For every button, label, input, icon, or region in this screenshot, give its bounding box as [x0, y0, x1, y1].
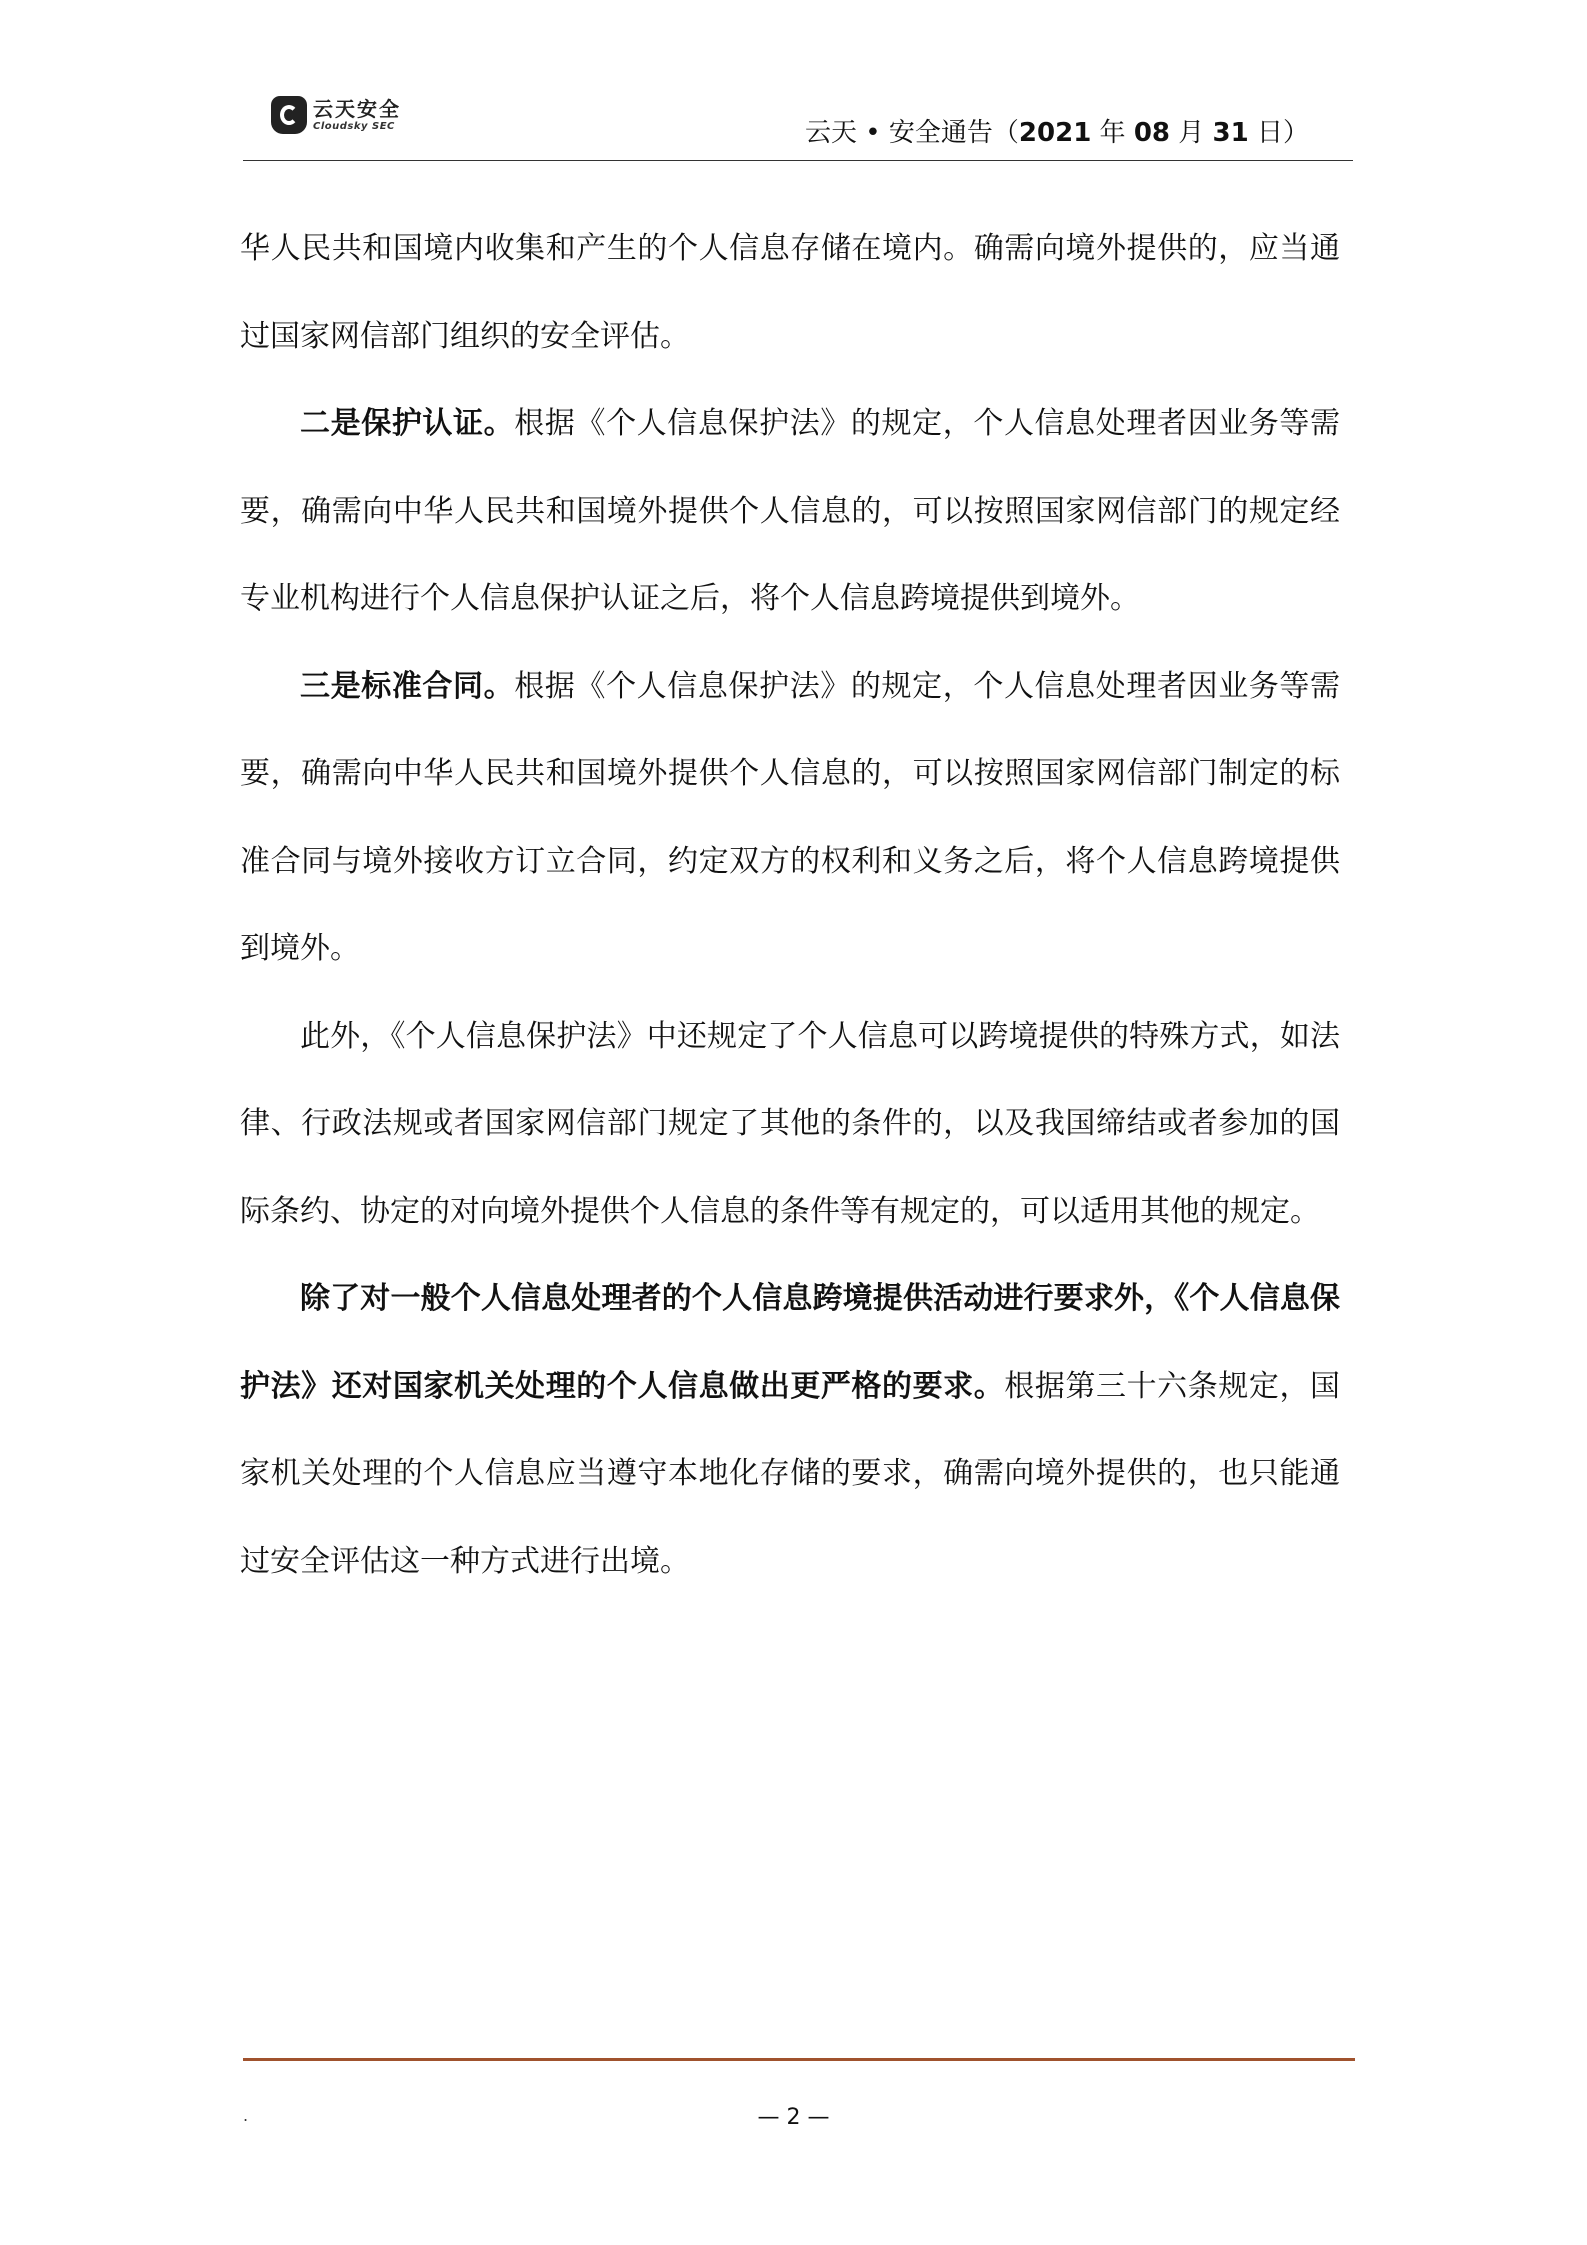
- paragraph-lead: 二是保护认证。: [300, 406, 514, 441]
- logo: 云天安全 Cloudsky SEC: [271, 96, 401, 134]
- header-title: 云天 • 安全通告（2021 年 08 月 31 日）: [805, 112, 1309, 149]
- header-divider: [243, 160, 1353, 161]
- document-body: 华人民共和国境内收集和产生的个人信息存储在境内。确需向境外提供的，应当通过国家网…: [240, 205, 1340, 1605]
- logo-text-cn: 云天安全: [313, 99, 401, 119]
- paragraph-standard-contract: 三是标准合同。根据《个人信息保护法》的规定，个人信息处理者因业务等需要，确需向中…: [240, 643, 1340, 993]
- cloudsky-logo-icon: [271, 96, 307, 134]
- paragraph-special-methods: 此外，《个人信息保护法》中还规定了个人信息可以跨境提供的特殊方式，如法律、行政法…: [240, 993, 1340, 1256]
- footer-divider: [243, 2058, 1355, 2061]
- paragraph-state-organs: 除了对一般个人信息处理者的个人信息跨境提供活动进行要求外，《个人信息保护法》还对…: [240, 1255, 1340, 1605]
- page-number: — 2 —: [0, 2105, 1587, 2130]
- page-header: 云天安全 Cloudsky SEC 云天 • 安全通告（2021 年 08 月 …: [243, 92, 1353, 162]
- paragraph-protection-certification: 二是保护认证。根据《个人信息保护法》的规定，个人信息处理者因业务等需要，确需向中…: [240, 380, 1340, 643]
- paragraph-lead: 三是标准合同。: [300, 669, 514, 704]
- logo-text-en: Cloudsky SEC: [313, 122, 401, 132]
- paragraph-continuation: 华人民共和国境内收集和产生的个人信息存储在境内。确需向境外提供的，应当通过国家网…: [240, 205, 1340, 380]
